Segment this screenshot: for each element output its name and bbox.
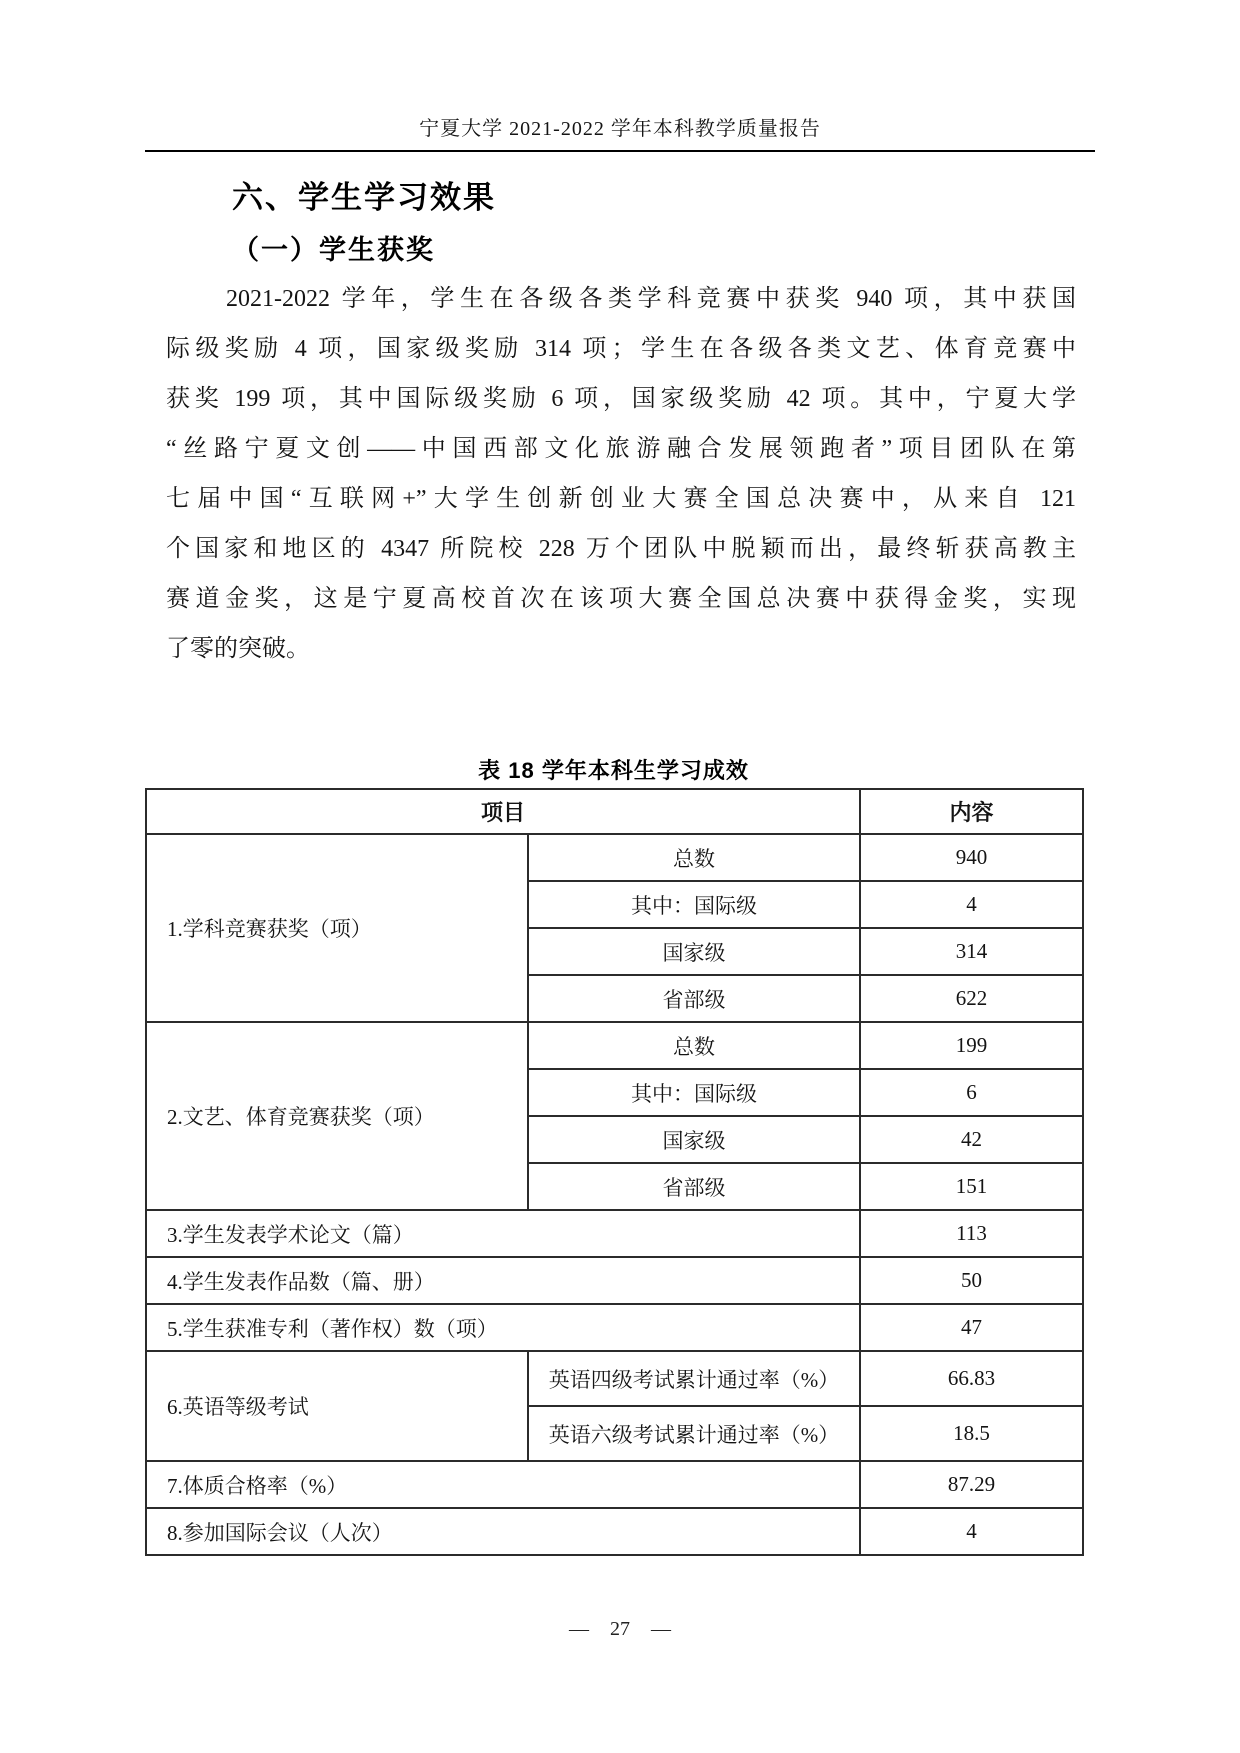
row-label-cell: 2.文艺、体育竞赛获奖（项） xyxy=(146,1022,528,1210)
row-label-cell: 5.学生获准专利（著作权）数（项） xyxy=(146,1304,860,1351)
stats-table: 项目 内容 1.学科竞赛获奖（项）总数940其中：国际级4国家级314省部级62… xyxy=(145,788,1084,1556)
body-paragraph: 2021-2022 学年，学生在各级各类学科竞赛中获奖 940 项，其中获国际级… xyxy=(166,274,1076,674)
table-row: 6.英语等级考试英语四级考试累计通过率（%）66.83 xyxy=(146,1351,1083,1406)
value-cell: 314 xyxy=(860,928,1083,975)
sub-item-cell: 总数 xyxy=(528,834,860,881)
column-header-content: 内容 xyxy=(860,789,1083,834)
value-cell: 18.5 xyxy=(860,1406,1083,1461)
value-cell: 4 xyxy=(860,1508,1083,1555)
value-cell: 199 xyxy=(860,1022,1083,1069)
sub-item-cell: 其中：国际级 xyxy=(528,881,860,928)
table-row: 1.学科竞赛获奖（项）总数940 xyxy=(146,834,1083,881)
row-label-cell: 8.参加国际会议（人次） xyxy=(146,1508,860,1555)
sub-item-cell: 英语四级考试累计通过率（%） xyxy=(528,1351,860,1406)
table-title: 表 18 学年本科生学习成效 xyxy=(145,754,1082,785)
table-row: 2.文艺、体育竞赛获奖（项）总数199 xyxy=(146,1022,1083,1069)
sub-item-cell: 省部级 xyxy=(528,975,860,1022)
row-label-cell: 6.英语等级考试 xyxy=(146,1351,528,1461)
sub-item-cell: 英语六级考试累计通过率（%） xyxy=(528,1406,860,1461)
paragraph-line: 个国家和地区的 4347 所院校 228 万个团队中脱颖而出，最终斩获高教主 xyxy=(166,524,1076,574)
value-cell: 42 xyxy=(860,1116,1083,1163)
paragraph-line: “丝路宁夏文创——中国西部文化旅游融合发展领跑者”项目团队在第 xyxy=(166,424,1076,474)
table-row: 3.学生发表学术论文（篇）113 xyxy=(146,1210,1083,1257)
table-row: 4.学生发表作品数（篇、册）50 xyxy=(146,1257,1083,1304)
value-cell: 151 xyxy=(860,1163,1083,1210)
section-heading: 六、学生学习效果 xyxy=(232,172,496,217)
sub-item-cell: 总数 xyxy=(528,1022,860,1069)
header-rule xyxy=(145,150,1095,152)
paragraph-line: 际级奖励 4 项，国家级奖励 314 项；学生在各级各类文艺、体育竞赛中 xyxy=(166,324,1076,374)
row-label-cell: 7.体质合格率（%） xyxy=(146,1461,860,1508)
page-number: — 27 — xyxy=(0,1618,1240,1641)
value-cell: 50 xyxy=(860,1257,1083,1304)
value-cell: 113 xyxy=(860,1210,1083,1257)
paragraph-line: 2021-2022 学年，学生在各级各类学科竞赛中获奖 940 项，其中获国 xyxy=(166,274,1076,324)
sub-item-cell: 国家级 xyxy=(528,1116,860,1163)
paragraph-line: 赛道金奖，这是宁夏高校首次在该项大赛全国总决赛中获得金奖，实现 xyxy=(166,574,1076,624)
row-label-cell: 3.学生发表学术论文（篇） xyxy=(146,1210,860,1257)
value-cell: 940 xyxy=(860,834,1083,881)
page-header-title: 宁夏大学 2021-2022 学年本科教学质量报告 xyxy=(145,112,1095,141)
document-page: 宁夏大学 2021-2022 学年本科教学质量报告 六、学生学习效果 （一）学生… xyxy=(0,0,1240,1753)
table-row: 5.学生获准专利（著作权）数（项）47 xyxy=(146,1304,1083,1351)
subsection-heading: （一）学生获奖 xyxy=(232,228,435,267)
row-label-cell: 4.学生发表作品数（篇、册） xyxy=(146,1257,860,1304)
table-row: 7.体质合格率（%）87.29 xyxy=(146,1461,1083,1508)
table-header-row: 项目 内容 xyxy=(146,789,1083,834)
row-label-cell: 1.学科竞赛获奖（项） xyxy=(146,834,528,1022)
value-cell: 622 xyxy=(860,975,1083,1022)
value-cell: 6 xyxy=(860,1069,1083,1116)
value-cell: 4 xyxy=(860,881,1083,928)
sub-item-cell: 省部级 xyxy=(528,1163,860,1210)
paragraph-line: 获奖 199 项，其中国际级奖励 6 项，国家级奖励 42 项。其中，宁夏大学 xyxy=(166,374,1076,424)
paragraph-line: 了零的突破。 xyxy=(166,624,1076,674)
value-cell: 47 xyxy=(860,1304,1083,1351)
column-header-item: 项目 xyxy=(146,789,860,834)
value-cell: 87.29 xyxy=(860,1461,1083,1508)
sub-item-cell: 国家级 xyxy=(528,928,860,975)
value-cell: 66.83 xyxy=(860,1351,1083,1406)
table-row: 8.参加国际会议（人次）4 xyxy=(146,1508,1083,1555)
paragraph-line: 七届中国“互联网+”大学生创新创业大赛全国总决赛中，从来自 121 xyxy=(166,474,1076,524)
sub-item-cell: 其中：国际级 xyxy=(528,1069,860,1116)
